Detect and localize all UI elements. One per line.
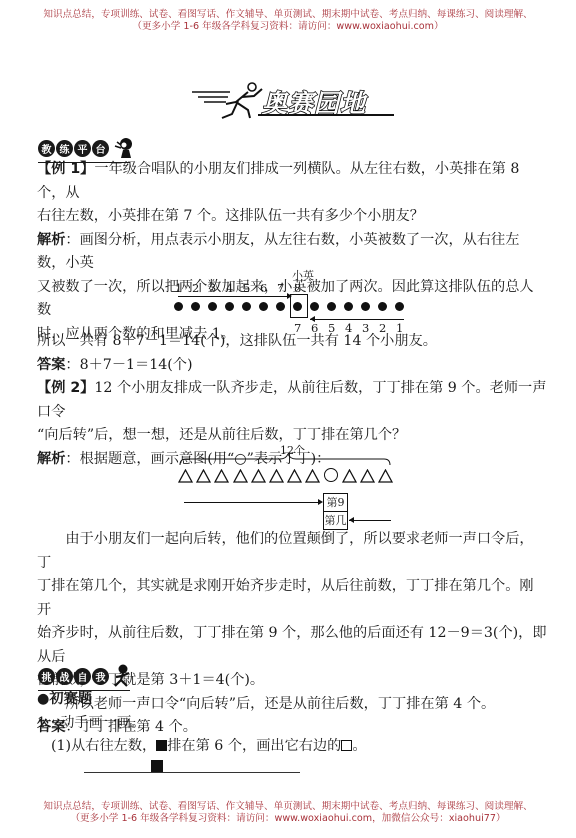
example2-question-line1: 12 个小朋友排成一队齐步走，从前往后数，丁丁排在第 9 个。老师一声口令 xyxy=(37,380,546,420)
empty-square-icon xyxy=(341,740,352,751)
header-banner-line1: 知识点总结，专项训练、试卷、看图写话、作文辅导、单页测试、期末期中试卷、考点归纳… xyxy=(0,9,576,21)
child-triangle-icon xyxy=(305,468,320,487)
example1-label: 【例 1】 xyxy=(37,161,94,177)
badge-char: 教 xyxy=(38,140,55,157)
q1-sub1-text-mid: 排在第 6 个，画出它右边的 xyxy=(167,738,341,754)
example1-question-line2: 右往左数，小英排在第 7 个。这排队伍一共有多少个小朋友？ xyxy=(37,205,547,229)
q1-sub1-text-post: 。 xyxy=(352,738,366,754)
practice-level: ●初赛题 xyxy=(37,688,547,712)
section-badge-challenge: 挑 战 自 我 xyxy=(38,664,133,688)
position-box-9: 第9 xyxy=(323,493,348,512)
child-dot xyxy=(361,302,370,311)
practice-question-1: 1．动手画一画。 xyxy=(37,712,547,736)
dingding-circle-icon xyxy=(324,468,338,482)
front-to-back-arrow xyxy=(184,502,321,503)
child-dot xyxy=(378,302,387,311)
highlight-box xyxy=(290,294,308,318)
badge-char: 战 xyxy=(56,668,73,685)
child-triangle-icon xyxy=(269,468,284,487)
child-triangle-icon xyxy=(287,468,302,487)
example2-explain-line2: 丁排在第几个，其实就是求刚开始齐步走时，从后往前数，丁丁排在第几个。刚开 xyxy=(37,575,547,622)
back-to-front-arrow xyxy=(349,520,391,521)
child-triangle-icon xyxy=(342,468,357,487)
example1-conclusion: 所以一共有 8＋7－1＝14(个)，这排队伍一共有 14 个小朋友。 xyxy=(37,330,547,354)
top-number: 7 xyxy=(277,281,284,295)
runner-mascot-icon xyxy=(113,664,133,688)
top-number: 8 xyxy=(294,281,301,295)
example2-explain-line1: 由于小朋友们一起向后转，他们的位置颠倒了，所以要求老师一声口令后，丁 xyxy=(37,528,547,575)
child-dot xyxy=(327,302,336,311)
child-dot xyxy=(208,302,217,311)
footer-banner-line2: （更多小学 1-6 年级各学科复习资料：请访问：www.woxiaohui.co… xyxy=(0,813,576,825)
header-banner: 知识点总结，专项训练、试卷、看图写话、作文辅导、单页测试、期末期中试卷、考点归纳… xyxy=(0,9,576,33)
top-number: 2 xyxy=(192,281,199,295)
child-dot xyxy=(174,302,183,311)
header-banner-line2: （更多小学 1-6 年级各学科复习资料：请访问：www.woxiaohui.co… xyxy=(0,21,576,33)
page-title: 奥赛园地 xyxy=(192,80,392,120)
practice-question-1-sub1: (1)从右往左数，排在第 6 个，画出它右边的。 xyxy=(37,735,547,759)
example1-analysis-line1: ：画图分析，用点表示小朋友，从左往右数，小英被数了一次，从右往左数，小英 xyxy=(37,232,519,272)
example1-diagram: 小英 12345678 7654321 xyxy=(168,267,418,335)
child-triangle-icon xyxy=(214,468,229,487)
badge-char: 我 xyxy=(92,668,109,685)
top-number: 5 xyxy=(243,281,250,295)
example1-answer: ：8＋7－1＝14(个) xyxy=(65,357,192,373)
section-badge-coaching: 教 练 平 台 xyxy=(38,136,135,160)
footer-banner-line1: 知识点总结，专项训练、试卷、看图写话、作文辅导、单页测试、期末期中试卷、考点归纳… xyxy=(0,801,576,813)
top-number: 6 xyxy=(260,281,267,295)
child-triangle-icon xyxy=(233,468,248,487)
child-dot xyxy=(225,302,234,311)
example2-diagram: 12个 第9 第几 xyxy=(176,442,426,530)
title-underline xyxy=(258,114,394,116)
child-triangle-icon xyxy=(378,468,393,487)
child-dot xyxy=(344,302,353,311)
child-dot xyxy=(242,302,251,311)
practice-section: ●初赛题 1．动手画一画。 (1)从右往左数，排在第 6 个，画出它右边的。 xyxy=(37,688,547,759)
arrowhead-left-icon xyxy=(349,517,354,523)
badge-char: 挑 xyxy=(38,668,55,685)
child-triangle-icon xyxy=(178,468,193,487)
example2-analysis-label: 解析 xyxy=(37,451,65,467)
example2-explain-line3: 始齐步时，从前往后数，丁丁排在第 9 个，那么他的后面还有 12－9＝3(个)，… xyxy=(37,622,547,669)
child-triangle-icon xyxy=(196,468,211,487)
child-dot xyxy=(191,302,200,311)
brace-icon xyxy=(176,454,396,466)
badge-char: 练 xyxy=(56,140,73,157)
top-number: 1 xyxy=(175,281,182,295)
example2-label: 【例 2】 xyxy=(37,380,94,396)
child-dot xyxy=(310,302,319,311)
left-to-right-arrow xyxy=(178,296,290,297)
footer-banner: 知识点总结，专项训练、试卷、看图写话、作文辅导、单页测试、期末期中试卷、考点归纳… xyxy=(0,801,576,825)
drawing-answer-line[interactable] xyxy=(84,772,300,773)
child-triangle-icon xyxy=(360,468,375,487)
badge-char: 自 xyxy=(74,668,91,685)
example1-question-line1: 一年级合唱队的小朋友们排成一列横队。从左往右数，小英排在第 8 个，从 xyxy=(37,161,519,201)
child-dot xyxy=(395,302,404,311)
example1-analysis-label: 解析 xyxy=(37,232,65,248)
child-triangle-icon xyxy=(251,468,266,487)
badge-char: 平 xyxy=(74,140,91,157)
example1-answer-label: 答案 xyxy=(37,357,65,373)
right-to-left-arrow xyxy=(310,319,404,320)
top-number: 3 xyxy=(209,281,216,295)
filled-square-icon xyxy=(156,740,167,751)
child-dot xyxy=(276,302,285,311)
q1-sub1-text-pre: (1)从右往左数， xyxy=(51,738,156,754)
badge-char: 台 xyxy=(92,140,109,157)
mascot-icon xyxy=(113,136,135,160)
child-dot xyxy=(259,302,268,311)
top-number: 4 xyxy=(226,281,233,295)
